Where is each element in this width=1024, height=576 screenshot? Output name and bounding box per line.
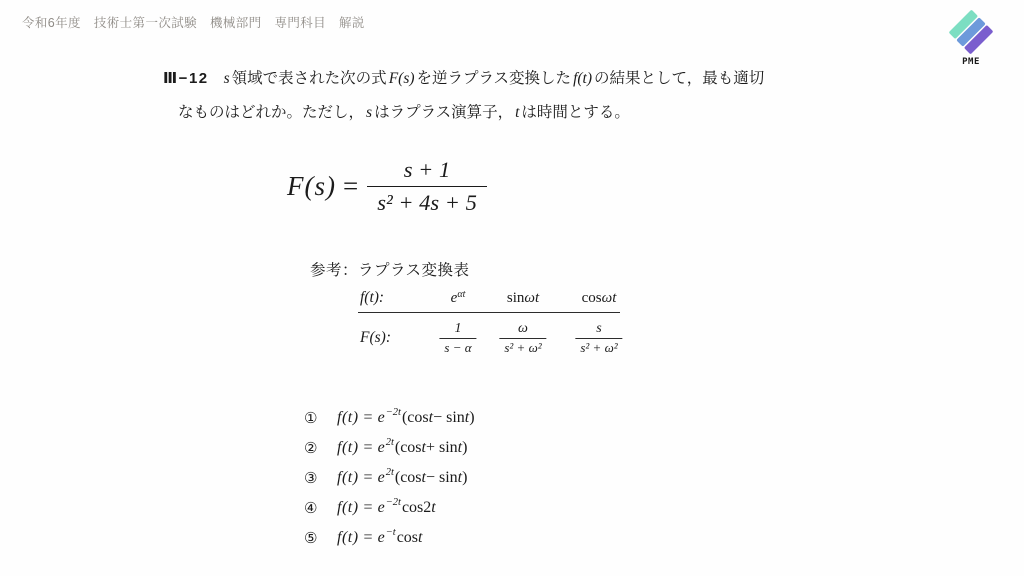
frac2-den: s² + ω² (499, 338, 546, 356)
choice-4-base: e (378, 499, 385, 517)
choice-2-term3: ) (462, 439, 467, 457)
formula-numerator: s + 1 (367, 157, 487, 186)
choice-3-exponent: 2t (386, 467, 394, 478)
question-line-1: Ⅲ−12s領域で表された次の式F(s)を逆ラプラス変換したf(t)の結果として，… (163, 66, 764, 88)
table-divider (358, 312, 620, 313)
choice-5-base: e (378, 529, 385, 547)
choice-2-exponent: 2t (386, 437, 394, 448)
choice-4: ④f(t)=e−2tcos2t (304, 493, 475, 523)
choice-2-f: f(t) (337, 439, 359, 457)
choice-3: ③f(t)=e2t(cost − sint) (304, 463, 475, 493)
question-text-6: は時間とする。 (521, 104, 630, 121)
question-line-2: なものはどれか。ただし，sはラプラス演算子，tは時間とする。 (178, 100, 630, 122)
question-text-1: 領域で表された次の式 (232, 70, 387, 87)
choice-1-term3: ) (469, 409, 474, 427)
choice-3-eq: = (364, 469, 373, 487)
table-ft-cos: cosωt (582, 290, 617, 307)
choice-4-eq: = (364, 499, 373, 517)
frac3-num: s (575, 321, 622, 338)
choice-1-f: f(t) (337, 409, 359, 427)
cos-var: ωt (602, 290, 617, 306)
choice-4-exponent: −2t (386, 497, 401, 508)
choice-4-term: cos2 (402, 499, 431, 517)
page-header-title: 令和6年度 技術士第一次試験 機械部門 専門科目 解説 (22, 13, 365, 31)
choice-5-var1: t (418, 529, 422, 547)
question-text-3: の結果として，最も適切 (594, 70, 764, 87)
choice-2-term: (cos (395, 439, 422, 457)
answer-choices: ①f(t)=e−2t(cost − sint) ②f(t)=e2t(cost +… (304, 403, 475, 553)
exp-base: e (451, 290, 458, 306)
reference-caption: 参考：ラプラス変換表 (310, 258, 470, 280)
choice-1-exponent: −2t (386, 407, 401, 418)
frac2-num: ω (499, 321, 546, 338)
question-text-5: はラプラス演算子， (374, 104, 513, 121)
main-formula: F(s) = s + 1 s² + 4s + 5 (287, 157, 487, 216)
table-ft-label: f(t): (360, 289, 384, 307)
choice-3-term2: − sin (426, 469, 458, 487)
math-Fs: F(s) (387, 70, 417, 87)
frac1-num: 1 (439, 321, 476, 338)
choice-2-term2: + sin (426, 439, 458, 457)
question-number: Ⅲ−12 (163, 70, 209, 87)
choice-2: ②f(t)=e2t(cost + sint) (304, 433, 475, 463)
choice-3-base: e (378, 469, 385, 487)
cos-fn: cos (582, 290, 602, 306)
math-var-s2: s (364, 104, 374, 121)
choice-5-term: cos (397, 529, 418, 547)
choice-3-term3: ) (462, 469, 467, 487)
choice-4-f: f(t) (337, 499, 359, 517)
choice-3-number: ③ (304, 469, 337, 487)
question-text-2: を逆ラプラス変換した (417, 70, 572, 87)
laplace-table: f(t): eαt sinωt cosωt F(s): 1 s − α ω s²… (358, 287, 620, 367)
choice-4-var1: t (431, 499, 435, 517)
frac1-den: s − α (439, 338, 476, 356)
formula-equals: = (343, 171, 358, 202)
choice-5-exponent: −t (386, 527, 396, 538)
table-ft-sin: sinωt (507, 290, 539, 307)
choice-5-eq: = (364, 529, 373, 547)
pme-logo: PME (942, 8, 1000, 67)
table-fs-frac-3: s s² + ω² (575, 321, 622, 356)
choice-1-term: (cos (402, 409, 429, 427)
formula-fraction: s + 1 s² + 4s + 5 (367, 157, 487, 216)
choice-1-number: ① (304, 409, 337, 427)
table-fs-label: F(s): (360, 329, 391, 347)
exp-sup: αt (457, 289, 465, 300)
choice-1: ①f(t)=e−2t(cost − sint) (304, 403, 475, 433)
formula-lhs: F(s) (287, 171, 336, 202)
sin-var: ωt (524, 290, 539, 306)
pme-logo-icon (948, 8, 994, 56)
question-text-4: なものはどれか。ただし， (178, 104, 364, 121)
choice-2-base: e (378, 439, 385, 457)
choice-5-number: ⑤ (304, 529, 337, 547)
formula-denominator: s² + 4s + 5 (367, 186, 487, 216)
choice-3-term: (cos (395, 469, 422, 487)
choice-5-f: f(t) (337, 529, 359, 547)
choice-2-number: ② (304, 439, 337, 457)
sin-fn: sin (507, 290, 525, 306)
frac3-den: s² + ω² (575, 338, 622, 356)
choice-2-eq: = (364, 439, 373, 457)
math-var-s: s (222, 70, 232, 87)
choice-1-eq: = (364, 409, 373, 427)
table-fs-frac-2: ω s² + ω² (499, 321, 546, 356)
choice-1-term2: − sin (433, 409, 465, 427)
table-ft-exp: eαt (451, 290, 466, 307)
choice-4-number: ④ (304, 499, 337, 517)
math-ft: f(t) (571, 70, 594, 87)
table-fs-frac-1: 1 s − α (439, 321, 476, 356)
choice-1-base: e (378, 409, 385, 427)
pme-logo-text: PME (962, 57, 980, 67)
choice-5: ⑤f(t)=e−tcost (304, 523, 475, 553)
choice-3-f: f(t) (337, 469, 359, 487)
